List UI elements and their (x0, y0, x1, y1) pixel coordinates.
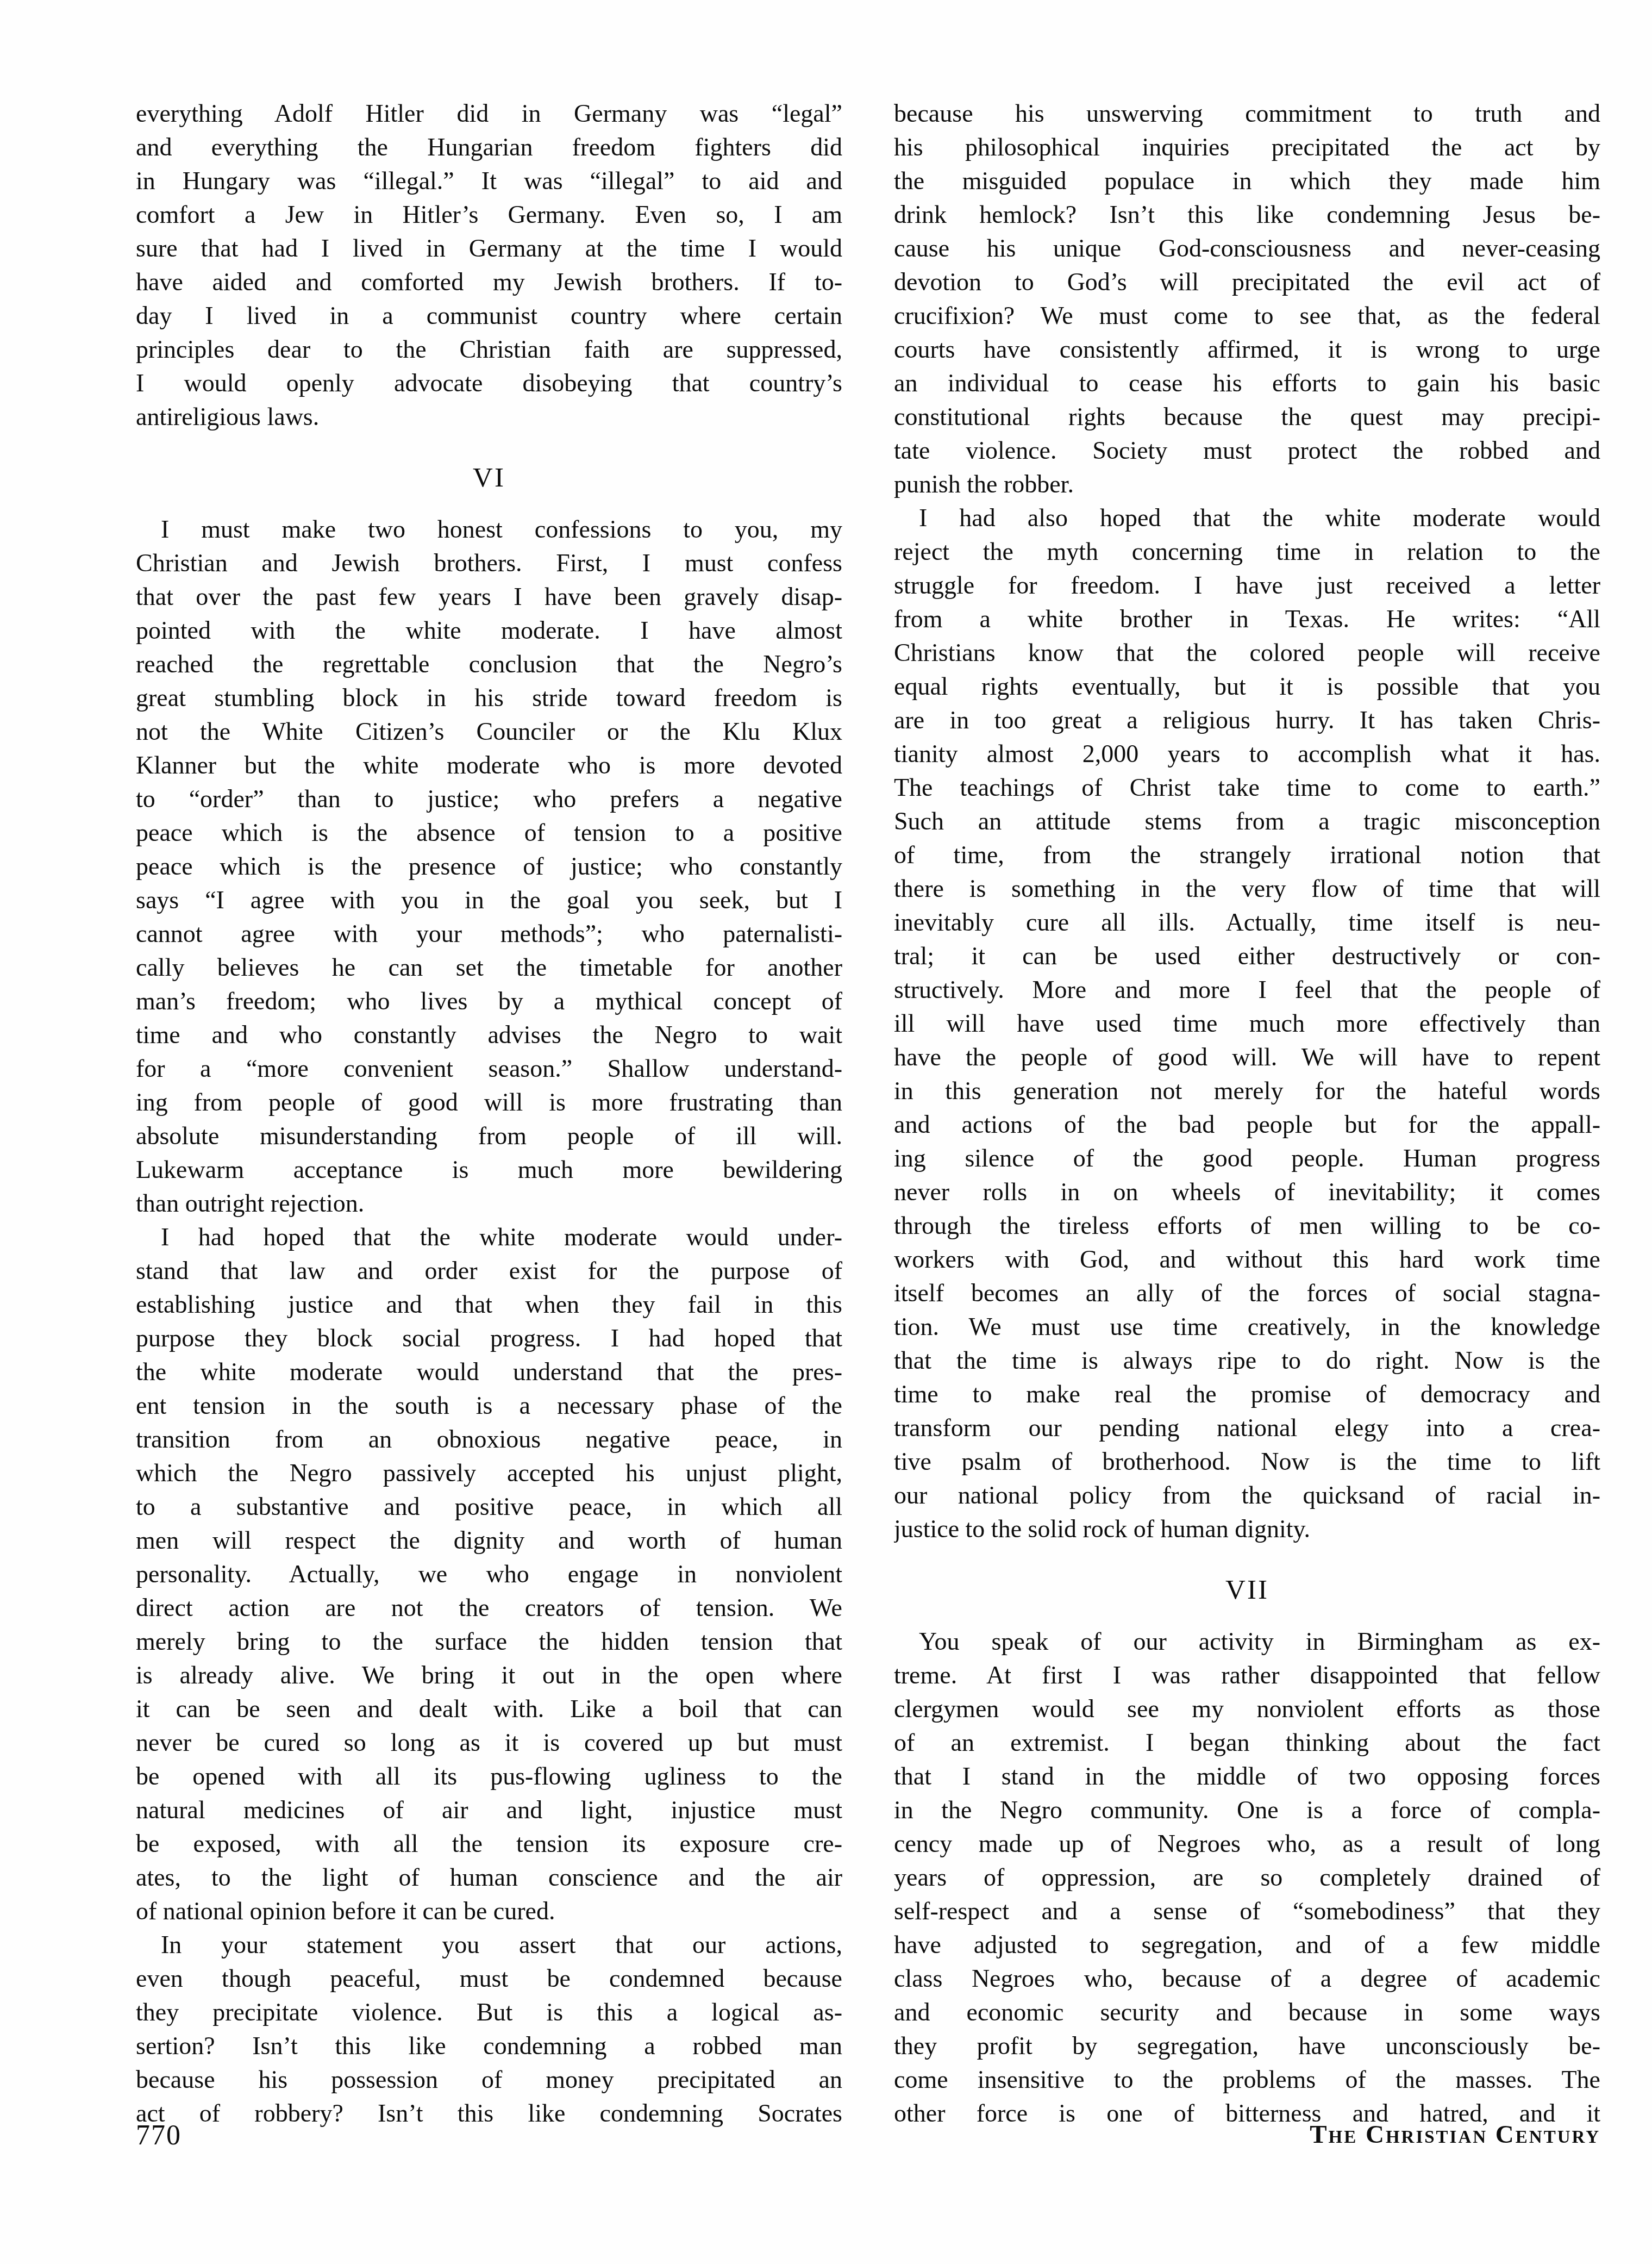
left-text-column: everything Adolf Hitler did in Germany w… (136, 97, 842, 2130)
journal-name: The Christian Century (894, 2118, 1600, 2151)
text-line: day I lived in a communist country where… (136, 299, 842, 333)
text-line: courts have consistently affirmed, it is… (894, 333, 1600, 366)
text-line: that over the past few years I have been… (136, 580, 842, 614)
text-line: devotion to God’s will precipitated the … (894, 265, 1600, 299)
text-line: men will respect the dignity and worth o… (136, 1524, 842, 1557)
text-line: in this generation not merely for the ha… (894, 1074, 1600, 1108)
text-line: that the time is always ripe to do right… (894, 1344, 1600, 1377)
text-line: Lukewarm acceptance is much more bewilde… (136, 1153, 842, 1187)
text-line: and economic security and because in som… (894, 1995, 1600, 2029)
text-line: ates, to the light of human conscience a… (136, 1861, 842, 1894)
text-line: it can be seen and dealt with. Like a bo… (136, 1692, 842, 1726)
text-line: transition from an obnoxious negative pe… (136, 1423, 842, 1456)
text-line: I must make two honest confessions to yo… (136, 513, 842, 546)
text-line: I would openly advocate disobeying that … (136, 366, 842, 400)
text-line: Christians know that the colored people … (894, 636, 1600, 670)
text-line: time and who constantly advises the Negr… (136, 1018, 842, 1052)
text-line: of national opinion before it can be cur… (136, 1894, 842, 1928)
text-line: ent tension in the south is a necessary … (136, 1389, 842, 1423)
text-line: tral; it can be used either destructivel… (894, 939, 1600, 973)
text-line: workers with God, and without this hard … (894, 1243, 1600, 1276)
text-line: to a substantive and positive peace, in … (136, 1490, 842, 1524)
text-line: comfort a Jew in Hitler’s Germany. Even … (136, 198, 842, 232)
text-line: is already alive. We bring it out in the… (136, 1658, 842, 1692)
text-line: have aided and comforted my Jewish broth… (136, 265, 842, 299)
text-line: justice to the solid rock of human digni… (894, 1512, 1600, 1546)
text-line: tianity almost 2,000 years to accomplish… (894, 737, 1600, 771)
text-line: everything Adolf Hitler did in Germany w… (136, 97, 842, 130)
text-line: sure that had I lived in Germany at the … (136, 232, 842, 265)
text-line: tate violence. Society must protect the … (894, 434, 1600, 467)
text-line: antireligious laws. (136, 400, 842, 434)
text-line: class Negroes who, because of a degree o… (894, 1962, 1600, 1995)
text-line: of an extremist. I began thinking about … (894, 1726, 1600, 1760)
page-number: 770 (136, 2119, 182, 2153)
paragraph: You speak of our activity in Birmingham … (894, 1625, 1600, 2130)
text-line: and actions of the bad people but for th… (894, 1108, 1600, 1142)
text-line: I had also hoped that the white moderate… (894, 501, 1600, 535)
text-line: peace which is the absence of tension to… (136, 816, 842, 850)
text-line: absolute misunderstanding from people of… (136, 1119, 842, 1153)
text-line: ing from people of good will is more fru… (136, 1086, 842, 1119)
text-line: equal rights eventually, but it is possi… (894, 670, 1600, 703)
text-line: because his unswerving commitment to tru… (894, 97, 1600, 130)
text-line: crucifixion? We must come to see that, a… (894, 299, 1600, 333)
text-line: never be cured so long as it is covered … (136, 1726, 842, 1760)
text-line: reached the regrettable conclusion that … (136, 647, 842, 681)
text-line: Christian and Jewish brothers. First, I … (136, 546, 842, 580)
text-line: have the people of good will. We will ha… (894, 1040, 1600, 1074)
text-line: in Hungary was “illegal.” It was “illega… (136, 164, 842, 198)
text-line: an individual to cease his efforts to ga… (894, 366, 1600, 400)
text-line: pointed with the white moderate. I have … (136, 614, 842, 647)
text-line: they precipitate violence. But is this a… (136, 1995, 842, 2029)
text-line: reject the myth concerning time in relat… (894, 535, 1600, 569)
text-line: says “I agree with you in the goal you s… (136, 883, 842, 917)
text-line: cency made up of Negroes who, as a resul… (894, 1827, 1600, 1861)
text-line: struggle for freedom. I have just receiv… (894, 569, 1600, 602)
text-line: peace which is the presence of justice; … (136, 850, 842, 883)
text-line: treme. At first I was rather disappointe… (894, 1658, 1600, 1692)
text-line: they profit by segregation, have unconsc… (894, 2029, 1600, 2063)
text-line: natural medicines of air and light, inju… (136, 1793, 842, 1827)
paragraph: In your statement you assert that our ac… (136, 1928, 842, 2130)
text-line: in the Negro community. One is a force o… (894, 1793, 1600, 1827)
text-line: for a “more convenient season.” Shallow … (136, 1052, 842, 1086)
text-line: punish the robber. (894, 467, 1600, 501)
text-line: are in too great a religious hurry. It h… (894, 703, 1600, 737)
text-line: that I stand in the middle of two opposi… (894, 1760, 1600, 1793)
text-line: stand that law and order exist for the p… (136, 1254, 842, 1288)
magazine-page: everything Adolf Hitler did in Germany w… (0, 0, 1652, 2264)
text-line: be exposed, with all the tension its exp… (136, 1827, 842, 1861)
text-line: constitutional rights because the quest … (894, 400, 1600, 434)
text-line: itself becomes an ally of the forces of … (894, 1276, 1600, 1310)
text-line: I had hoped that the white moderate woul… (136, 1220, 842, 1254)
section-heading: VII (894, 1573, 1600, 1607)
text-line: cannot agree with your methods”; who pat… (136, 917, 842, 951)
text-line: from a white brother in Texas. He writes… (894, 602, 1600, 636)
right-text-column: because his unswerving commitment to tru… (894, 97, 1600, 2130)
text-line: the white moderate would understand that… (136, 1355, 842, 1389)
text-line: not the White Citizen’s Counciler or the… (136, 715, 842, 749)
text-line: even though peaceful, must be condemned … (136, 1962, 842, 1995)
text-line: principles dear to the Christian faith a… (136, 333, 842, 366)
text-line: Such an attitude stems from a tragic mis… (894, 804, 1600, 838)
text-line: years of oppression, are so completely d… (894, 1861, 1600, 1894)
paragraph: I had hoped that the white moderate woul… (136, 1220, 842, 1928)
paragraph: I must make two honest confessions to yo… (136, 513, 842, 1220)
section-heading: VI (136, 461, 842, 495)
text-line: and everything the Hungarian freedom fig… (136, 130, 842, 164)
text-line: inevitably cure all ills. Actually, time… (894, 906, 1600, 939)
paragraph: everything Adolf Hitler did in Germany w… (136, 97, 842, 434)
text-line: personality. Actually, we who engage in … (136, 1557, 842, 1591)
text-line: because his possession of money precipit… (136, 2063, 842, 2097)
text-line: structively. More and more I feel that t… (894, 973, 1600, 1007)
text-line: purpose they block social progress. I ha… (136, 1321, 842, 1355)
text-line: ill will have used time much more effect… (894, 1007, 1600, 1040)
text-line: the misguided populace in which they mad… (894, 164, 1600, 198)
text-line: there is something in the very flow of t… (894, 872, 1600, 906)
text-line: great stumbling block in his stride towa… (136, 681, 842, 715)
text-line: come insensitive to the problems of the … (894, 2063, 1600, 2097)
text-line: Klanner but the white moderate who is mo… (136, 749, 842, 782)
text-line: ing silence of the good people. Human pr… (894, 1142, 1600, 1175)
text-line: never rolls in on wheels of inevitabilit… (894, 1175, 1600, 1209)
text-line: his philosophical inquiries precipitated… (894, 130, 1600, 164)
text-line: through the tireless efforts of men will… (894, 1209, 1600, 1243)
text-line: which the Negro passively accepted his u… (136, 1456, 842, 1490)
text-line: drink hemlock? Isn’t this like condemnin… (894, 198, 1600, 232)
text-line: be opened with all its pus-flowing uglin… (136, 1760, 842, 1793)
text-line: The teachings of Christ take time to com… (894, 771, 1600, 804)
text-line: of time, from the strangely irrational n… (894, 838, 1600, 872)
text-line: self-respect and a sense of “somebodines… (894, 1894, 1600, 1928)
paragraph: because his unswerving commitment to tru… (894, 97, 1600, 501)
text-line: tion. We must use time creatively, in th… (894, 1310, 1600, 1344)
text-line: You speak of our activity in Birmingham … (894, 1625, 1600, 1658)
text-line: In your statement you assert that our ac… (136, 1928, 842, 1962)
text-line: direct action are not the creators of te… (136, 1591, 842, 1625)
text-line: time to make real the promise of democra… (894, 1377, 1600, 1411)
text-line: tive psalm of brotherhood. Now is the ti… (894, 1445, 1600, 1479)
text-line: establishing justice and that when they … (136, 1288, 842, 1321)
text-line: have adjusted to segregation, and of a f… (894, 1928, 1600, 1962)
text-line: to “order” than to justice; who prefers … (136, 782, 842, 816)
paragraph: I had also hoped that the white moderate… (894, 501, 1600, 1546)
text-line: cause his unique God-consciousness and n… (894, 232, 1600, 265)
text-line: man’s freedom; who lives by a mythical c… (136, 984, 842, 1018)
text-line: our national policy from the quicksand o… (894, 1479, 1600, 1512)
text-line: cally believes he can set the timetable … (136, 951, 842, 984)
text-line: than outright rejection. (136, 1187, 842, 1220)
text-line: act of robbery? Isn’t this like condemni… (136, 2097, 842, 2130)
text-line: clergymen would see my nonviolent effort… (894, 1692, 1600, 1726)
text-line: merely bring to the surface the hidden t… (136, 1625, 842, 1658)
text-line: transform our pending national elegy int… (894, 1411, 1600, 1445)
text-line: sertion? Isn’t this like condemning a ro… (136, 2029, 842, 2063)
